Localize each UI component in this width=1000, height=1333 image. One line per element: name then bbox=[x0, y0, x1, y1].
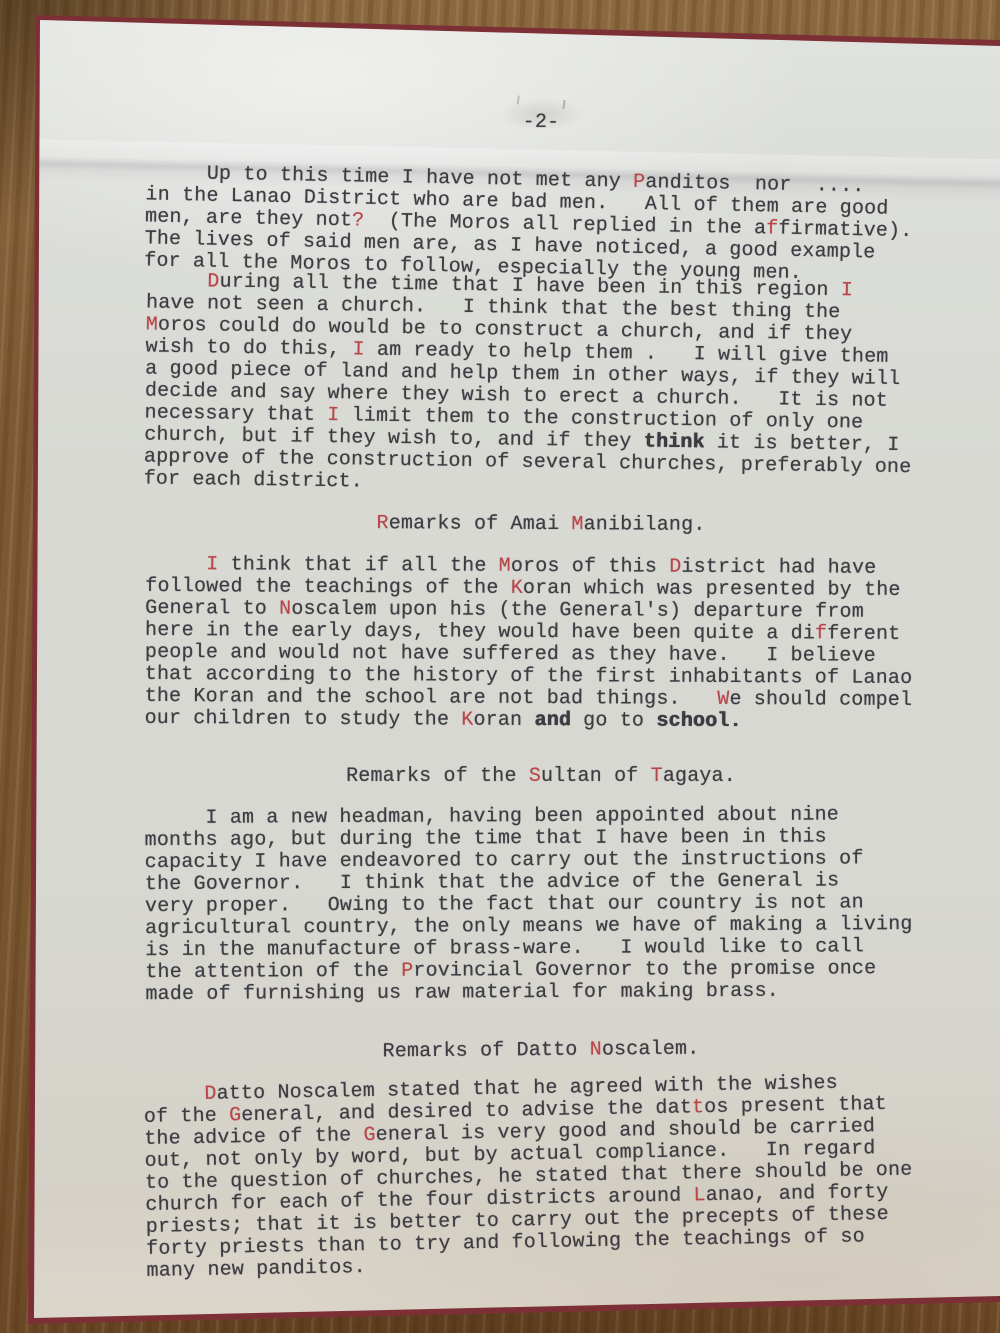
paragraph-churches: During all the time that I have been in … bbox=[144, 270, 939, 501]
document-page: -2- Up to this time I have not met any P… bbox=[0, 0, 1000, 1333]
page-number: -2- bbox=[145, 108, 937, 138]
heading-remarks-amai-manibilang: Remarks of Amai Manibilang. bbox=[145, 512, 937, 538]
typewritten-text-layer: -2- Up to this time I have not met any P… bbox=[0, 0, 1000, 1333]
paragraph-datto-noscalem: Datto Noscalem stated that he agreed wit… bbox=[143, 1071, 938, 1283]
paragraph-panditos: Up to this time I have not met any Pandi… bbox=[144, 162, 938, 287]
heading-remarks-sultan-tagaya: Remarks of the Sultan of Tagaya. bbox=[145, 766, 937, 788]
heading-remarks-datto-noscalem: Remarks of Datto Noscalem. bbox=[145, 1037, 937, 1066]
paragraph-amai-manibilang: I think that if all the Moros of this Di… bbox=[145, 554, 938, 734]
paragraph-sultan-tagaya: I am a new headman, having been appointe… bbox=[144, 804, 937, 1006]
